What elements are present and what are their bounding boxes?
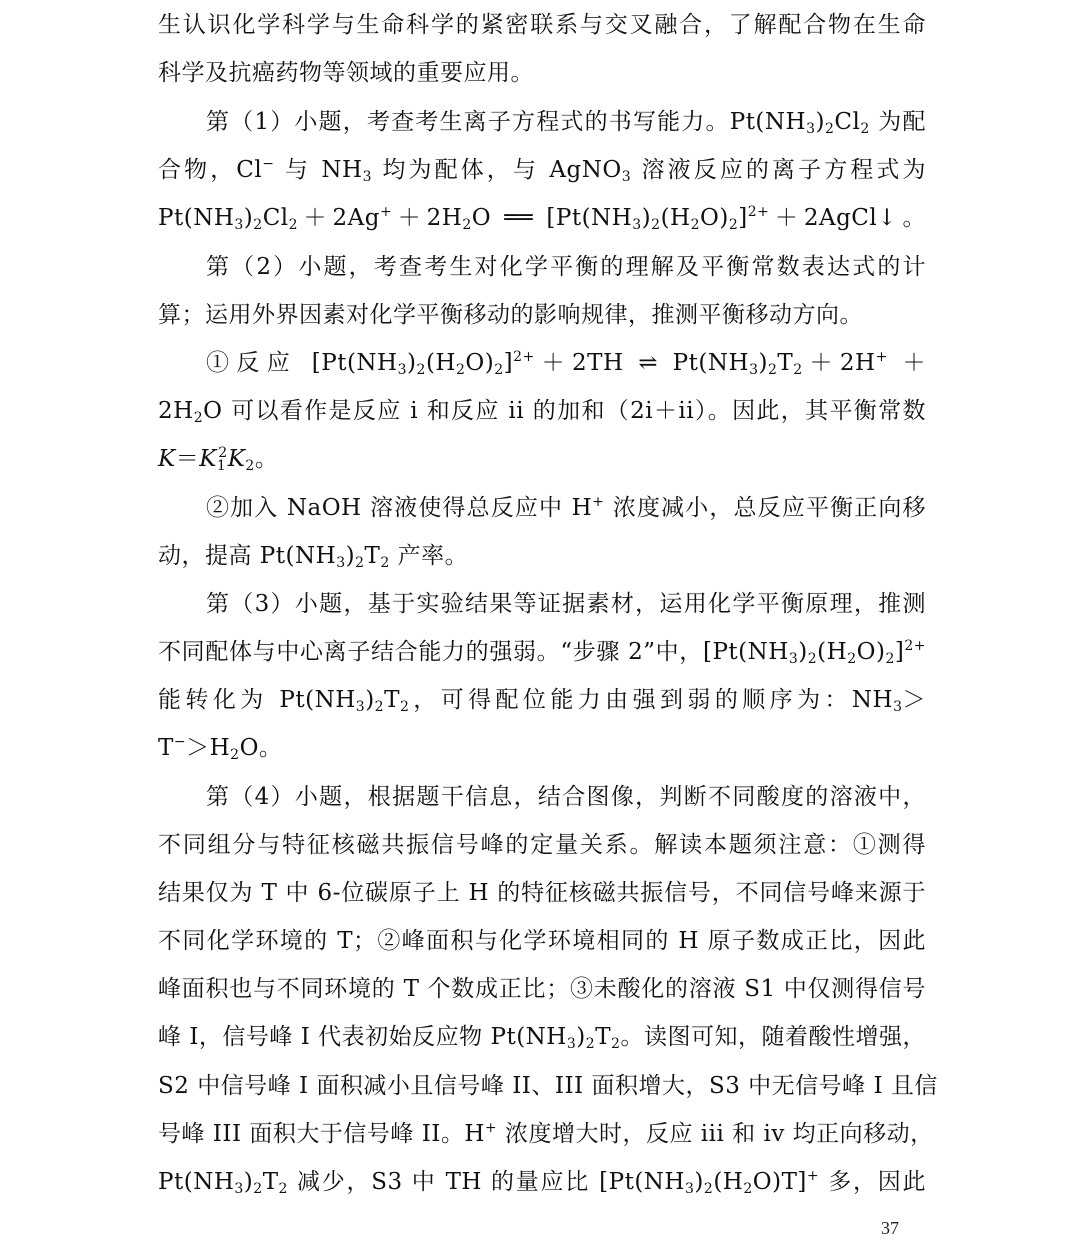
- text-line: ①反应 [Pt(NH3)2(H2O)2]2+＋2TH ⇌ Pt(NH3)2T2＋…: [158, 348, 926, 378]
- text-line: 不同配体与中心离子结合能力的强弱。“步骤 2”中，[Pt(NH3)2(H2O)2…: [158, 637, 926, 667]
- text-line: 结果仅为 T 中 6-位碳原子上 H 的特征核磁共振信号，不同信号峰来源于: [158, 878, 926, 908]
- text-line: K＝K12K2。: [158, 444, 926, 474]
- text-line: 2H2O 可以看作是反应 i 和反应 ii 的加和（2i＋ii）。因此，其平衡常…: [158, 396, 926, 426]
- text-line: T−＞H2O。: [158, 733, 926, 763]
- text-line: 号峰 III 面积大于信号峰 II。H+ 浓度增大时，反应 iii 和 iv 均…: [158, 1119, 926, 1149]
- text-line: 科学及抗癌药物等领域的重要应用。: [158, 58, 926, 88]
- text-line: ②加入 NaOH 溶液使得总反应中 H+ 浓度减小，总反应平衡正向移: [158, 493, 926, 523]
- text-line: 不同组分与特征核磁共振信号峰的定量关系。解读本题须注意：①测得: [158, 830, 926, 860]
- text-line: 第（2）小题，考查考生对化学平衡的理解及平衡常数表达式的计: [158, 252, 926, 282]
- page-number: 37: [881, 1218, 899, 1239]
- text-line: 合物，Cl− 与 NH3 均为配体，与 AgNO3 溶液反应的离子方程式为: [158, 155, 926, 185]
- text-line: 动，提高 Pt(NH3)2T2 产率。: [158, 541, 926, 571]
- text-line: 第（3）小题，基于实验结果等证据素材，运用化学平衡原理，推测: [158, 589, 926, 619]
- text-line: 峰 I，信号峰 I 代表初始反应物 Pt(NH3)2T2。读图可知，随着酸性增强…: [158, 1022, 926, 1052]
- text-line: Pt(NH3)2Cl2＋2Ag+＋2H2O ══ [Pt(NH3)2(H2O)2…: [158, 203, 926, 233]
- text-line: 峰面积也与不同环境的 T 个数成正比；③未酸化的溶液 S1 中仅测得信号: [158, 974, 926, 1004]
- text-line: S2 中信号峰 I 面积减小且信号峰 II、III 面积增大，S3 中无信号峰 …: [158, 1071, 926, 1101]
- text-line: 能转化为 Pt(NH3)2T2，可得配位能力由强到弱的顺序为：NH3＞: [158, 685, 926, 715]
- text-line: 第（1）小题，考查考生离子方程式的书写能力。Pt(NH3)2Cl2 为配: [158, 107, 926, 137]
- text-line: Pt(NH3)2T2 减少，S3 中 TH 的量应比 [Pt(NH3)2(H2O…: [158, 1167, 926, 1197]
- text-line: 生认识化学科学与生命科学的紧密联系与交叉融合，了解配合物在生命: [158, 10, 926, 40]
- text-line: 算；运用外界因素对化学平衡移动的影响规律，推测平衡移动方向。: [158, 300, 926, 330]
- text-line: 第（4）小题，根据题干信息，结合图像，判断不同酸度的溶液中，: [158, 782, 926, 812]
- text-line: 不同化学环境的 T；②峰面积与化学环境相同的 H 原子数成正比，因此: [158, 926, 926, 956]
